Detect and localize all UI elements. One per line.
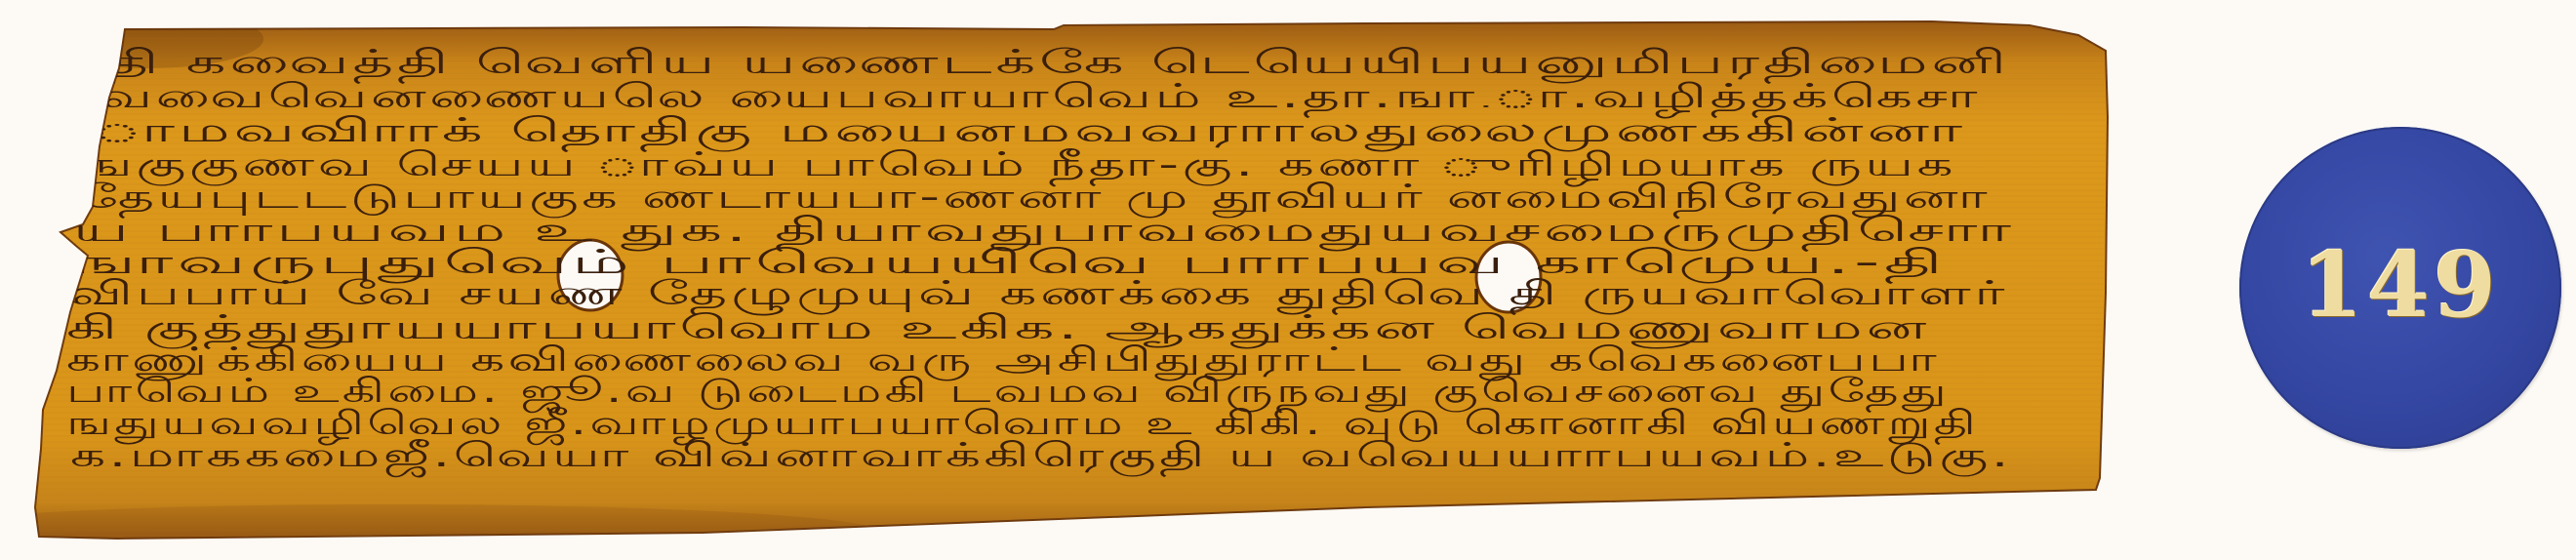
catalogue-number-tag: 149	[2239, 127, 2561, 449]
manuscript-illustration: தி கவைத்தி வெளிய யணைடக்கே டெயெயிபயனுமிபர…	[0, 0, 2576, 560]
manuscript-text: தி கவைத்தி வெளிய யணைடக்கே டெயெயிபயனுமிபர…	[66, 43, 2015, 477]
tag-number: 149	[2301, 232, 2500, 338]
manuscript-line: க.மாககமைஜீ.வெயா விவ்னாவாக்கிரெகுதி ய வவெ…	[70, 436, 2012, 477]
palm-leaf-manuscript: தி கவைத்தி வெளிய யணைடக்கே டெயெயிபயனுமிபர…	[0, 0, 2576, 560]
